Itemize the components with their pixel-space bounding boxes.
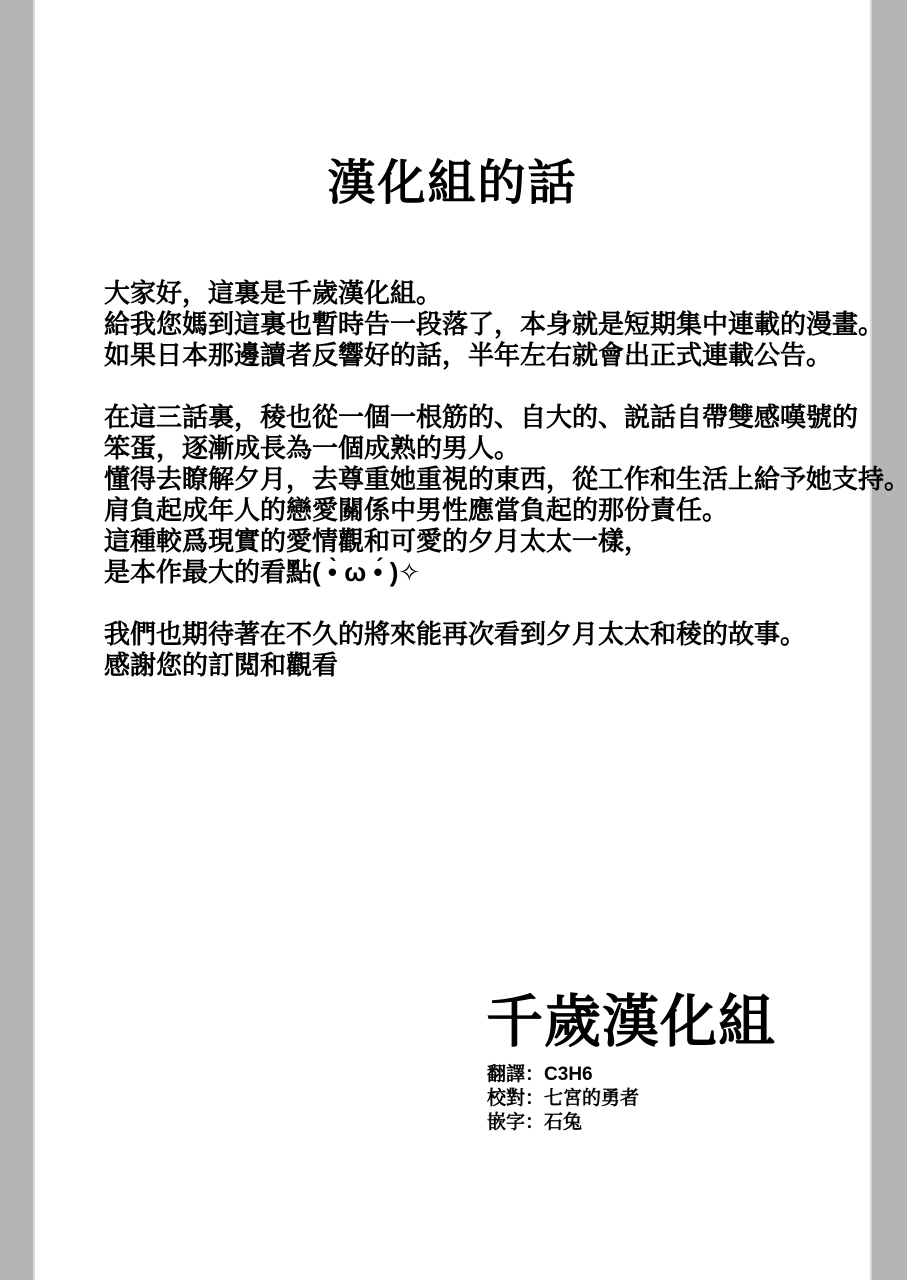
credit-separator: ：: [525, 1064, 544, 1085]
text-line: 是本作最大的看點( •̀ ω •́ )✧: [104, 557, 849, 588]
credit-row-typesetter: 嵌字：石兔: [487, 1111, 639, 1135]
credit-name: 七宮的勇者: [544, 1088, 639, 1109]
text-line: 懂得去瞭解夕月，去尊重她重視的東西，從工作和生活上給予她支持。: [104, 464, 849, 495]
text-line: 給我您媽到這裏也暫時告一段落了，本身就是短期集中連載的漫畫。: [104, 309, 849, 340]
credit-role: 翻譯: [487, 1064, 525, 1085]
paragraph-commentary: 在這三話裏，稜也從一個一根筋的、自大的、説話自帶雙感嘆號的 笨蛋，逐漸成長為一個…: [104, 402, 849, 588]
credit-name: C3H6: [544, 1064, 593, 1085]
credit-name: 石兔: [544, 1112, 582, 1133]
right-page-border: [870, 0, 907, 1280]
text-line: 我們也期待著在不久的將來能再次看到夕月太太和稜的故事。: [104, 619, 849, 650]
text-line: 感謝您的訂閲和觀看: [104, 650, 849, 681]
text-line: 大家好，這裏是千歲漢化組。: [104, 278, 849, 309]
paragraph-farewell: 我們也期待著在不久的將來能再次看到夕月太太和稜的故事。 感謝您的訂閲和觀看: [104, 619, 849, 681]
credit-role: 校對: [487, 1088, 525, 1109]
credit-role: 嵌字: [487, 1112, 525, 1133]
scan-page: 漢化組的話 大家好，這裏是千歲漢化組。 給我您媽到這裏也暫時告一段落了，本身就是…: [0, 0, 907, 1280]
paragraph-greeting: 大家好，這裏是千歲漢化組。 給我您媽到這裏也暫時告一段落了，本身就是短期集中連載…: [104, 278, 849, 371]
group-name: 千歲漢化組: [486, 992, 776, 1055]
translator-notes: 大家好，這裏是千歲漢化組。 給我您媽到這裏也暫時告一段落了，本身就是短期集中連載…: [104, 278, 849, 712]
left-page-border: [0, 0, 35, 1280]
credit-row-translator: 翻譯：C3H6: [487, 1063, 639, 1087]
credit-row-proofreader: 校對：七宮的勇者: [487, 1087, 639, 1111]
credits-list: 翻譯：C3H6 校對：七宮的勇者 嵌字：石兔: [487, 1063, 639, 1135]
credit-separator: ：: [525, 1112, 544, 1133]
page-title: 漢化組的話: [37, 156, 868, 211]
text-line: 如果日本那邊讀者反響好的話，半年左右就會出正式連載公告。: [104, 340, 849, 371]
credit-separator: ：: [525, 1088, 544, 1109]
text-line: 在這三話裏，稜也從一個一根筋的、自大的、説話自帶雙感嘆號的: [104, 402, 849, 433]
text-line: 肩負起成年人的戀愛關係中男性應當負起的那份責任。: [104, 495, 849, 526]
text-line: 笨蛋，逐漸成長為一個成熟的男人。: [104, 433, 849, 464]
text-line: 這種較爲現實的愛情觀和可愛的夕月太太一樣，: [104, 526, 849, 557]
